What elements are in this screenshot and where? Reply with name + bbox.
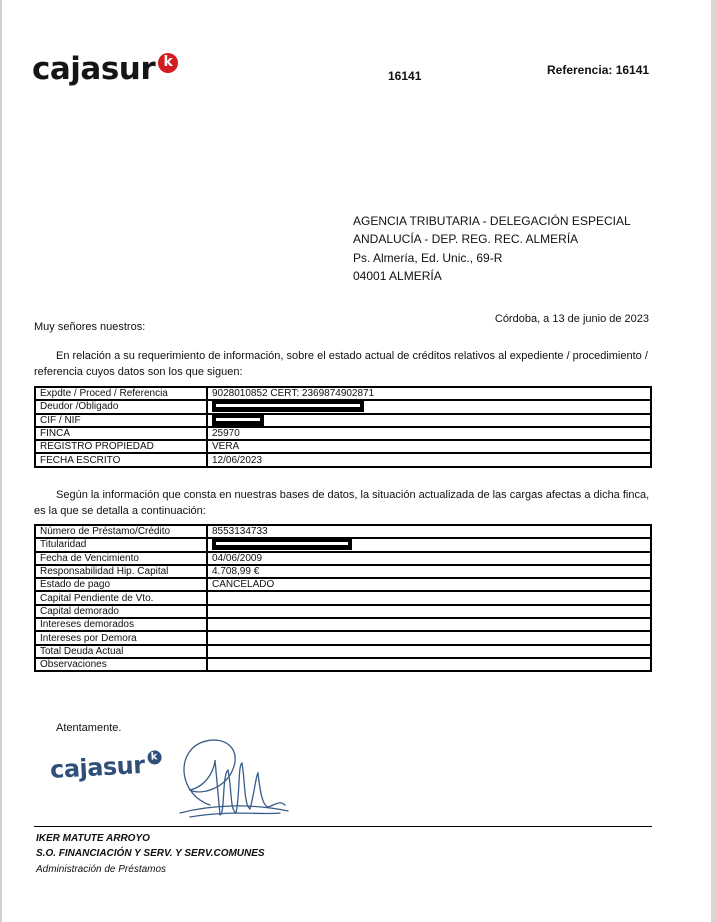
case-details-table: Expdte / Proced / Referencia9028010852 C… (34, 386, 652, 468)
k-badge-icon: k (158, 53, 178, 73)
greeting: Muy señores nuestros: (34, 321, 145, 333)
recipient-line: 04001 ALMERÍA (353, 267, 631, 285)
row-value: 4.708,99 € (207, 565, 651, 578)
table-row: REGISTRO PROPIEDADVERA (35, 440, 651, 453)
row-label: Intereses por Demora (35, 631, 207, 644)
intro-paragraph: En relación a su requerimiento de inform… (34, 349, 654, 380)
k-badge-icon: k (147, 750, 162, 765)
table-row: Estado de pagoCANCELADO (35, 578, 651, 591)
recipient-line: AGENCIA TRIBUTARIA - DELEGACIÓN ESPECIAL (353, 212, 631, 230)
row-value: VERA (207, 440, 651, 453)
row-value (207, 658, 651, 671)
row-label: Capital demorado (35, 605, 207, 618)
logo-wordmark: cajasur (32, 54, 155, 85)
table-row: Responsabilidad Hip. Capital4.708,99 € (35, 565, 651, 578)
reference-label: Referencia: 16141 (547, 63, 649, 77)
signature-stamp-logo: cajasur k (49, 752, 162, 782)
row-value (207, 645, 651, 658)
row-value (207, 400, 651, 413)
row-value (207, 618, 651, 631)
row-label: FECHA ESCRITO (35, 453, 207, 466)
row-value (207, 591, 651, 604)
row-value (207, 414, 651, 427)
row-value: 12/06/2023 (207, 453, 651, 466)
row-value: 8553134733 (207, 525, 651, 538)
signature-rule (34, 826, 652, 827)
table-row: Capital Pendiente de Vto. (35, 591, 651, 604)
table-row: Expdte / Proced / Referencia9028010852 C… (35, 387, 651, 400)
signer-block: IKER MATUTE ARROYO S.O. FINANCIACIÓN Y S… (36, 831, 265, 861)
row-label: REGISTRO PROPIEDAD (35, 440, 207, 453)
table-row: Capital demorado (35, 605, 651, 618)
table-row: Intereses por Demora (35, 631, 651, 644)
row-value: 9028010852 CERT: 2369874902871 (207, 387, 651, 400)
page-edge (0, 0, 2, 922)
row-label: Capital Pendiente de Vto. (35, 591, 207, 604)
redaction-bar (212, 415, 264, 426)
table-row: Total Deuda Actual (35, 645, 651, 658)
row-value (207, 538, 651, 551)
signer-name: IKER MATUTE ARROYO (36, 831, 265, 846)
row-label: Estado de pago (35, 578, 207, 591)
page-edge (711, 0, 716, 922)
table-row: FECHA ESCRITO12/06/2023 (35, 453, 651, 466)
stamp-wordmark: cajasur (49, 753, 145, 782)
document-number: 16141 (388, 69, 421, 83)
redaction-bar (212, 539, 352, 550)
row-value (207, 631, 651, 644)
row-label: Observaciones (35, 658, 207, 671)
row-value (207, 605, 651, 618)
handwritten-signature-icon (170, 735, 295, 820)
table-row: Observaciones (35, 658, 651, 671)
table-row: Deudor /Obligado (35, 400, 651, 413)
row-label: Deudor /Obligado (35, 400, 207, 413)
table-row: Número de Préstamo/Crédito8553134733 (35, 525, 651, 538)
redaction-bar (212, 401, 364, 412)
table-row: FINCA25970 (35, 427, 651, 440)
row-value: 04/06/2009 (207, 552, 651, 565)
row-label: CIF / NIF (35, 414, 207, 427)
table-row: CIF / NIF (35, 414, 651, 427)
row-value: 25970 (207, 427, 651, 440)
recipient-line: Ps. Almería, Ed. Unic., 69-R (353, 249, 631, 267)
table-row: Titularidad (35, 538, 651, 551)
row-label: Titularidad (35, 538, 207, 551)
signer-department: Administración de Préstamos (36, 864, 166, 875)
closing: Atentamente. (56, 722, 121, 734)
row-label: FINCA (35, 427, 207, 440)
status-paragraph: Según la información que consta en nuest… (34, 488, 654, 519)
row-value: CANCELADO (207, 578, 651, 591)
signer-title: S.O. FINANCIACIÓN Y SERV. Y SERV.COMUNES (36, 846, 265, 861)
row-label: Responsabilidad Hip. Capital (35, 565, 207, 578)
row-label: Número de Préstamo/Crédito (35, 525, 207, 538)
table-row: Intereses demorados (35, 618, 651, 631)
recipient-address: AGENCIA TRIBUTARIA - DELEGACIÓN ESPECIAL… (353, 212, 631, 285)
recipient-line: ANDALUCÍA - DEP. REG. REC. ALMERÍA (353, 230, 631, 248)
date-line: Córdoba, a 13 de junio de 2023 (495, 313, 649, 325)
table-row: Fecha de Vencimiento04/06/2009 (35, 552, 651, 565)
row-label: Total Deuda Actual (35, 645, 207, 658)
row-label: Intereses demorados (35, 618, 207, 631)
cajasur-logo: cajasur k (32, 49, 178, 89)
loan-details-table: Número de Préstamo/Crédito8553134733Titu… (34, 524, 652, 672)
row-label: Expdte / Proced / Referencia (35, 387, 207, 400)
row-label: Fecha de Vencimiento (35, 552, 207, 565)
